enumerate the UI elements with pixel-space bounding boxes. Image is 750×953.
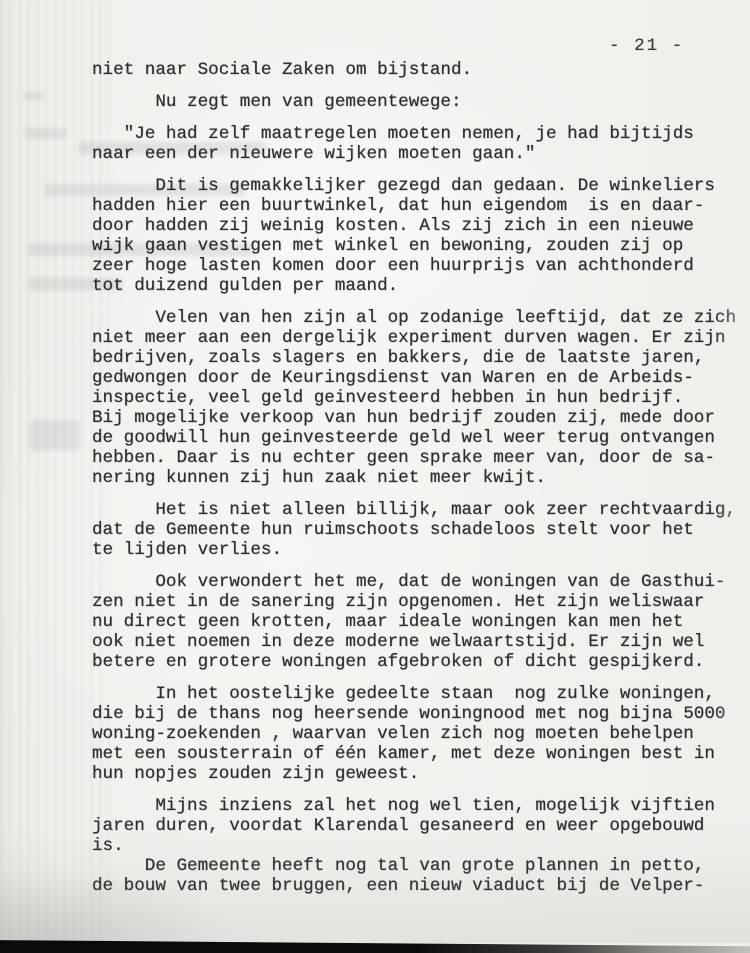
text-line: zen niet in de sanering zijn opgenomen. …	[92, 592, 750, 612]
text-line: inspectie, veel geld geinvesteerd hebben…	[92, 388, 750, 408]
text-line: te lijden verlies.	[92, 540, 750, 560]
text-line: die bij de thans nog heersende woningnoo…	[92, 704, 750, 724]
text-line: naar een der nieuwere wijken moeten gaan…	[92, 144, 750, 164]
text-line: wijk gaan vestigen met winkel en bewonin…	[92, 236, 750, 256]
text-line: ook niet noemen in deze moderne welwaart…	[92, 632, 750, 652]
paragraph: Mijns inziens zal het nog wel tien, moge…	[92, 796, 750, 856]
text-line: niet meer aan een dergelijk experiment d…	[92, 328, 750, 348]
paragraph: In het oostelijke gedeelte staan nog zul…	[92, 684, 750, 784]
text-line: hebben. Daar is nu echter geen sprake me…	[92, 448, 750, 468]
text-line: bedrijven, zoals slagers en bakkers, die…	[92, 348, 750, 368]
text-line: Nu zegt men van gemeentewege:	[92, 92, 750, 112]
text-line: tot duizend gulden per maand.	[92, 276, 750, 296]
text-line: dat de Gemeente hun ruimschoots schadelo…	[92, 520, 750, 540]
text-line: betere en grotere woningen afgebroken of…	[92, 652, 750, 672]
paragraph: "Je had zelf maatregelen moeten nemen, j…	[92, 124, 750, 164]
text-line: Mijns inziens zal het nog wel tien, moge…	[92, 796, 750, 816]
text-line: gedwongen door de Keuringsdienst van War…	[92, 368, 750, 388]
text-line: In het oostelijke gedeelte staan nog zul…	[92, 684, 750, 704]
text-line: Velen van hen zijn al op zodanige leefti…	[92, 308, 750, 328]
paragraph: De Gemeente heeft nog tal van grote plan…	[92, 856, 750, 896]
text-line: de bouw van twee bruggen, een nieuw viad…	[92, 876, 750, 896]
text-line: door hadden zij weinig kosten. Als zij z…	[92, 216, 750, 236]
text-line: hadden hier een buurtwinkel, dat hun eig…	[92, 196, 750, 216]
text-line: Bij mogelijke verkoop van hun bedrijf zo…	[92, 408, 750, 428]
text-line: woning-zoekenden , waarvan velen zich no…	[92, 724, 750, 744]
document-text: niet naar Sociale Zaken om bijstand. Nu …	[0, 0, 750, 953]
paragraph: Ook verwondert het me, dat de woningen v…	[92, 572, 750, 672]
paragraph: Het is niet alleen billijk, maar ook zee…	[92, 500, 750, 560]
text-line: "Je had zelf maatregelen moeten nemen, j…	[92, 124, 750, 144]
scanned-page: - 21 - niet naar Sociale Zaken om bijsta…	[0, 0, 750, 953]
text-line: niet naar Sociale Zaken om bijstand.	[92, 60, 750, 80]
text-line: Ook verwondert het me, dat de woningen v…	[92, 572, 750, 592]
text-line: nu direct geen krotten, maar ideale woni…	[92, 612, 750, 632]
paragraph: niet naar Sociale Zaken om bijstand.	[92, 60, 750, 80]
text-line: is.	[92, 836, 750, 856]
text-line: met een sousterrain of één kamer, met de…	[92, 744, 750, 764]
text-line: hun nopjes zouden zijn geweest.	[92, 764, 750, 784]
text-line: De Gemeente heeft nog tal van grote plan…	[92, 856, 750, 876]
paragraph: Nu zegt men van gemeentewege:	[92, 92, 750, 112]
text-line: Dit is gemakkelijker gezegd dan gedaan. …	[92, 176, 750, 196]
text-line: nering kunnen zij hun zaak niet meer kwi…	[92, 468, 750, 488]
text-line: zeer hoge lasten komen door een huurprij…	[92, 256, 750, 276]
text-line: jaren duren, voordat Klarendal gesaneerd…	[92, 816, 750, 836]
text-line: de goodwill hun geinvesteerde geld wel w…	[92, 428, 750, 448]
text-line: Het is niet alleen billijk, maar ook zee…	[92, 500, 750, 520]
paragraph: Velen van hen zijn al op zodanige leefti…	[92, 308, 750, 488]
paragraph: Dit is gemakkelijker gezegd dan gedaan. …	[92, 176, 750, 296]
